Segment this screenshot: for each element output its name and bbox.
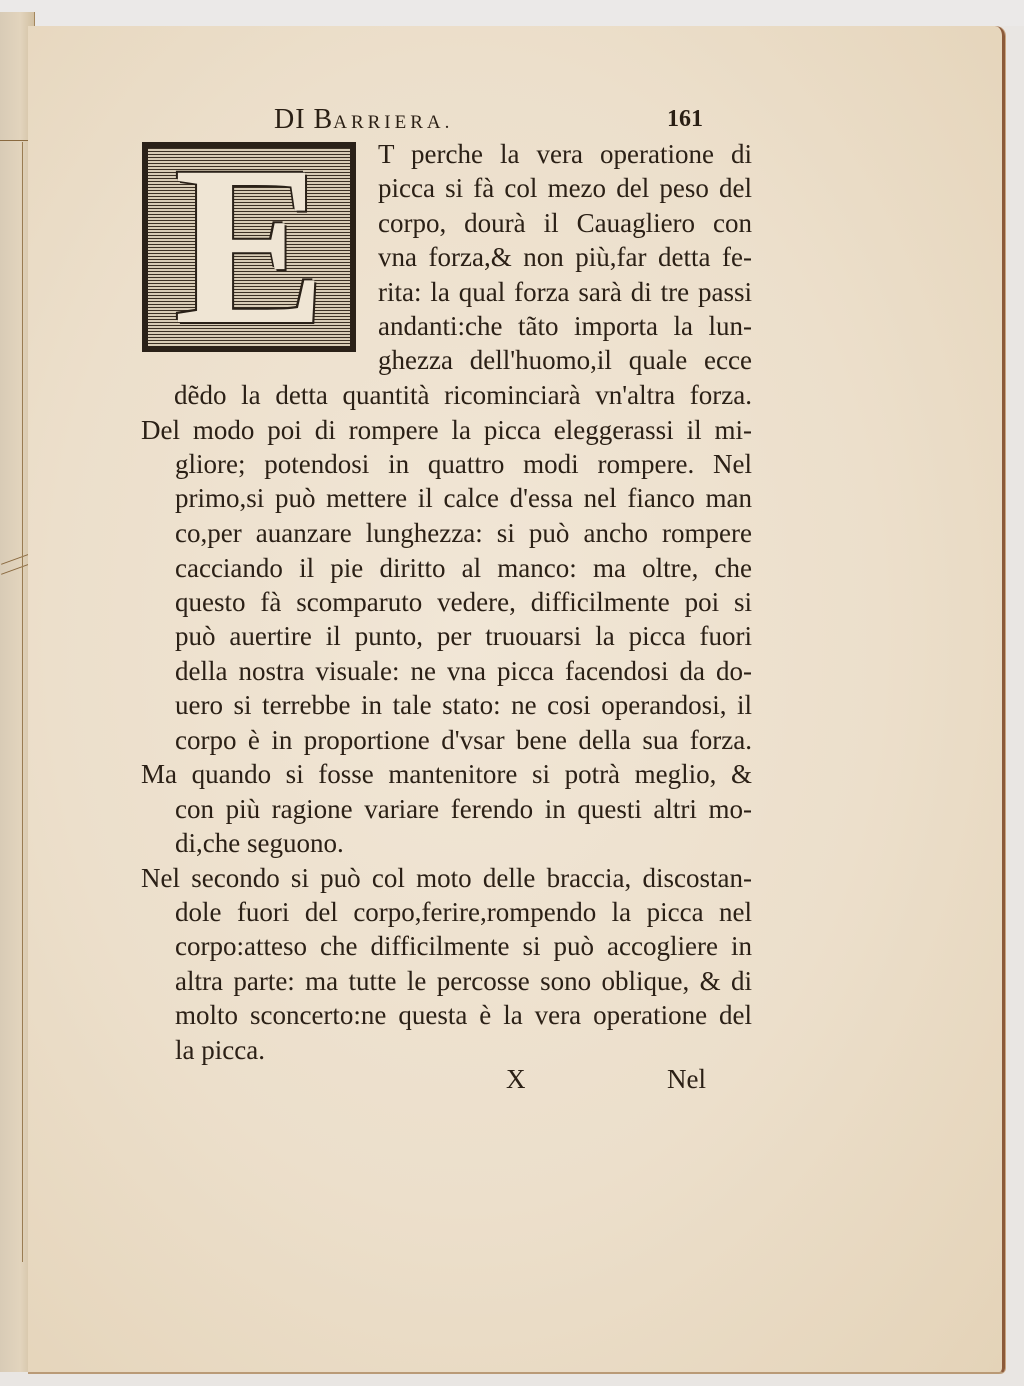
text-line: uero si terrebbe in tale stato: ne cosi …	[175, 688, 752, 722]
text-line: ghezza dell'huomo,il quale ecce	[378, 343, 752, 377]
text-line: primo,si può mettere il calce d'essa nel…	[175, 481, 752, 515]
text-line: la picca.	[175, 1033, 265, 1067]
text-line: corpo:atteso che difficilmente si può ac…	[175, 929, 752, 963]
text-line: andanti:che tãto importa la lun-	[378, 309, 752, 343]
text-line: con più ragione variare ferendo in quest…	[175, 792, 752, 826]
text-line: Ma quando si fosse mantenitore si potrà …	[141, 757, 752, 791]
text-line: dole fuori del corpo,ferire,rompendo la …	[175, 895, 752, 929]
text-line: rita: la qual forza sarà di tre passi	[378, 275, 752, 309]
signature-mark: X	[506, 1064, 526, 1095]
text-line: di,che seguono.	[175, 826, 344, 860]
body-text: T perche la vera operatione dipicca si f…	[0, 0, 1024, 1386]
text-line: molto sconcerto:ne questa è la vera oper…	[175, 998, 752, 1032]
text-line: corpo è in proportione d'vsar bene della…	[175, 723, 752, 757]
text-line: questo fà scomparuto vedere, difficilmen…	[175, 585, 752, 619]
catchword: Nel	[667, 1064, 706, 1095]
text-line: Del modo poi di rompere la picca elegger…	[141, 413, 752, 447]
text-line: Nel secondo si può col moto delle bracci…	[141, 861, 752, 895]
text-line: della nostra visuale: ne vna picca facen…	[175, 654, 752, 688]
text-line: co,per auanzare lunghezza: si può ancho …	[175, 516, 752, 550]
text-line: altra parte: ma tutte le percosse sono o…	[175, 964, 752, 998]
text-line: picca si fà col mezo del peso del	[378, 171, 752, 205]
text-line: dẽdo la detta quantità ricominciarà vn'a…	[174, 378, 752, 412]
text-line: può auertire il punto, per truouarsi la …	[175, 619, 752, 653]
text-line: T perche la vera operatione di	[378, 137, 752, 171]
text-line: gliore; potendosi in quattro modi romper…	[175, 447, 752, 481]
text-line: corpo, dourà il Cauagliero con	[378, 206, 752, 240]
text-line: vna forza,& non più,far detta fe-	[378, 240, 752, 274]
text-line: cacciando il pie diritto al manco: ma ol…	[175, 551, 752, 585]
